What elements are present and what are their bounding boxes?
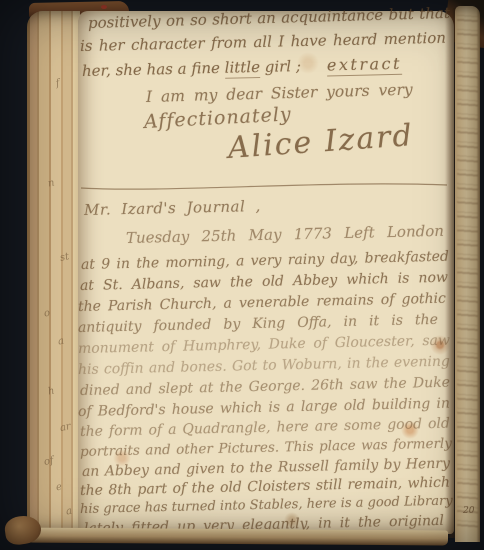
letter-line-1: positively on so short an acquaintance b… — [88, 4, 450, 32]
letter-closing: I am my dear Sister yours very — [146, 81, 413, 106]
journal-line: monument of Humphrey, Duke of Gloucester… — [78, 333, 450, 357]
red-speck — [101, 5, 107, 9]
journal-page: positively on so short an acquaintance b… — [78, 11, 454, 534]
edge-writing-fragment: of — [43, 455, 55, 468]
journal-line: Tuesday 25th May 1773 Left London — [126, 222, 444, 247]
page-bottom-edges — [24, 528, 448, 546]
next-page-number: 20 — [463, 506, 474, 516]
journal-line: at 9 in the morning, a very rainy day, b… — [81, 249, 449, 273]
edge-writing-fragment: ar — [59, 421, 72, 434]
journal-line: his coffin and bones. Got to Woburn, in … — [78, 354, 450, 378]
journal-heading: Mr. Izard's Journal , — [84, 197, 261, 219]
journal-line: antiquity founded by King Offa, in it is… — [78, 312, 438, 336]
letter-line-3-end: girl ; — [260, 57, 301, 76]
manuscript-photo: f n st o a h ar of e a positively on so … — [0, 0, 484, 550]
journal-line: at St. Albans, saw the old Abbey which i… — [80, 270, 448, 294]
journal-line: dined and slept at the George. 26th saw … — [80, 375, 450, 399]
journal-line: the Parish Church, a venerable remains o… — [78, 291, 446, 315]
underlined-word: little — [224, 58, 260, 79]
edge-writing-fragment: st — [59, 251, 70, 264]
next-page-edge: 20 — [455, 6, 480, 542]
left-page-edges-stack — [27, 11, 80, 535]
letter-line-2: is her character from all I have heard m… — [80, 29, 446, 55]
extract-label: extract — [327, 54, 402, 77]
letter-line-3-text: her, she has a fine — [82, 59, 225, 80]
divider-rule — [78, 179, 450, 195]
letter-line-3: her, she has a fine little girl ;extract — [82, 54, 402, 82]
